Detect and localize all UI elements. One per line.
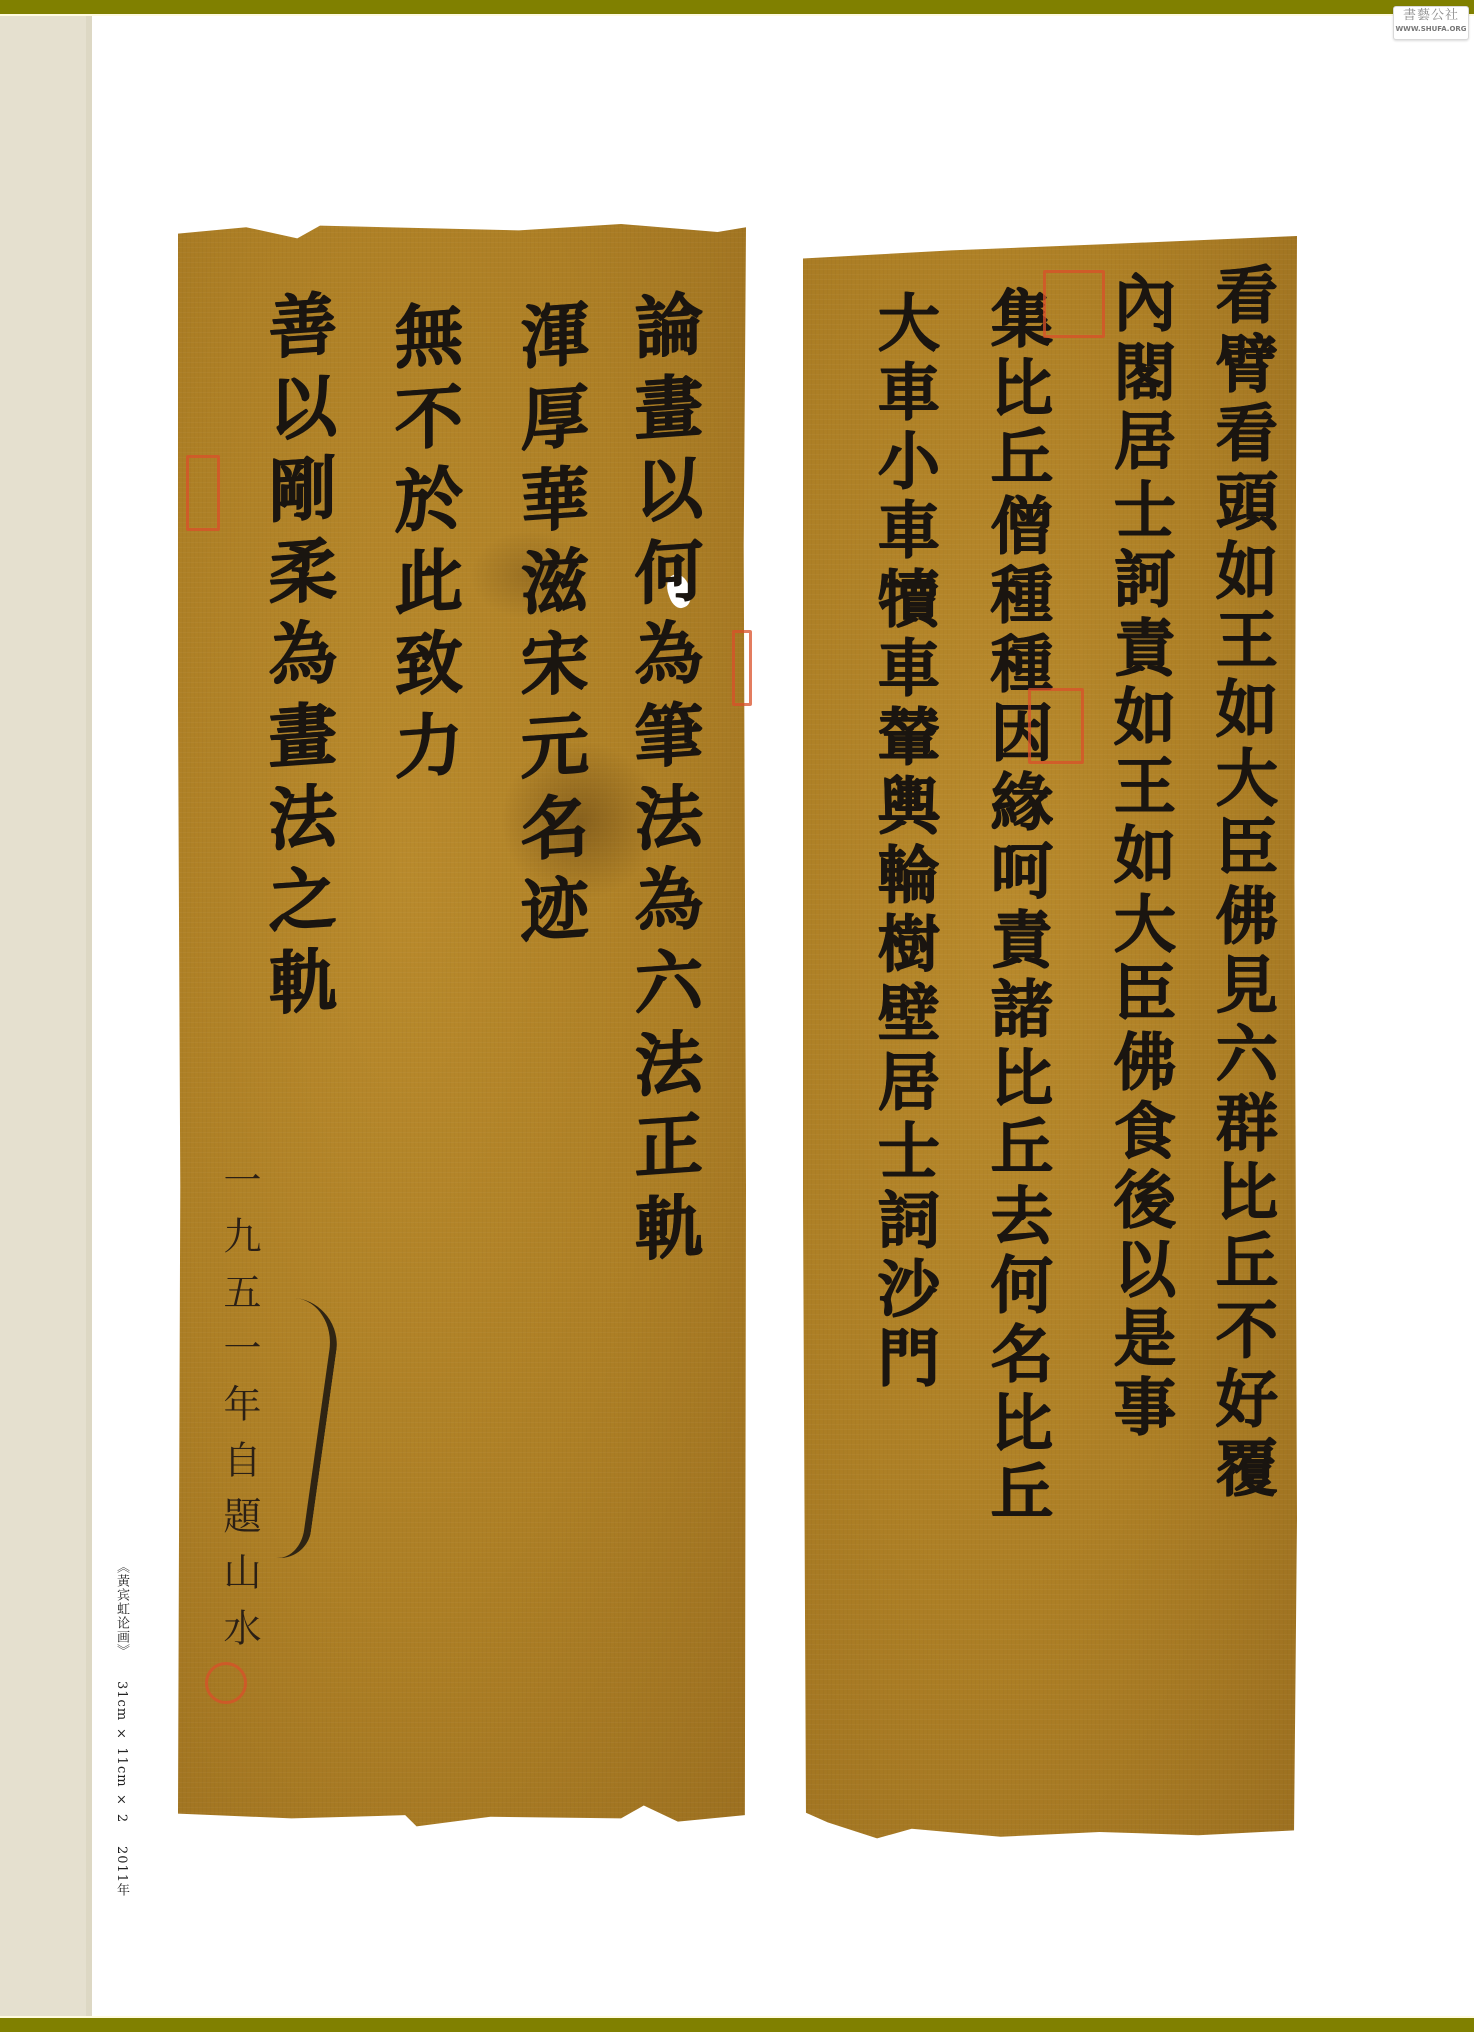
calligraphy-column-3: 集比丘僧種種因緣呵責諸比丘去何名比丘 (985, 286, 1047, 1528)
seal-stamp-square (1043, 270, 1105, 338)
bottom-border-bar (0, 2018, 1474, 2032)
calligraphy-column-2: 渾厚華滋宋元名迹 (514, 298, 582, 959)
watermark-url: WWW.SHUFA.ORG (1394, 24, 1468, 34)
seal-stamp-square (732, 630, 752, 706)
caption-year: 2011年 (114, 1846, 129, 1897)
seal-stamp-square (186, 455, 220, 531)
calligraphy-column-3: 無不於此致力 (388, 298, 456, 795)
top-border-highlight (0, 14, 1474, 16)
calligraphy-column-4: 大車小車犢車輦輿輪樹壁居士詞沙門 (872, 290, 934, 1394)
calligraphy-column-4: 善以剛柔為畫法之軌 (262, 288, 330, 1031)
signature-inscription: 一九五一年自題山水 (212, 1160, 267, 1664)
caption-dimensions: 31cm × 11cm × 2 (114, 1681, 129, 1823)
caption-title: 《黃宾虹论画》 (114, 1560, 129, 1658)
calligraphy-column-1: 看臂看頭如王如大臣佛見六群比丘不好覆 (1210, 262, 1272, 1504)
watermark-title: 書藝公社 (1394, 7, 1468, 24)
artwork-caption: 《黃宾虹论画》 31cm × 11cm × 2 2011年 (112, 1560, 131, 1915)
site-watermark-badge: 書藝公社 WWW.SHUFA.ORG (1393, 6, 1469, 40)
page-gutter-strip (0, 16, 90, 2016)
seal-stamp-round (205, 1662, 247, 1704)
calligraphy-column-1: 論畫以何為筆法為六法正軌 (628, 288, 696, 1277)
page-gutter-edge (86, 16, 92, 2016)
calligraphy-column-2: 內閣居士訶責如王如大臣佛食後以是事 (1108, 270, 1170, 1443)
top-border-bar (0, 0, 1474, 14)
seal-stamp-square (1028, 688, 1084, 764)
